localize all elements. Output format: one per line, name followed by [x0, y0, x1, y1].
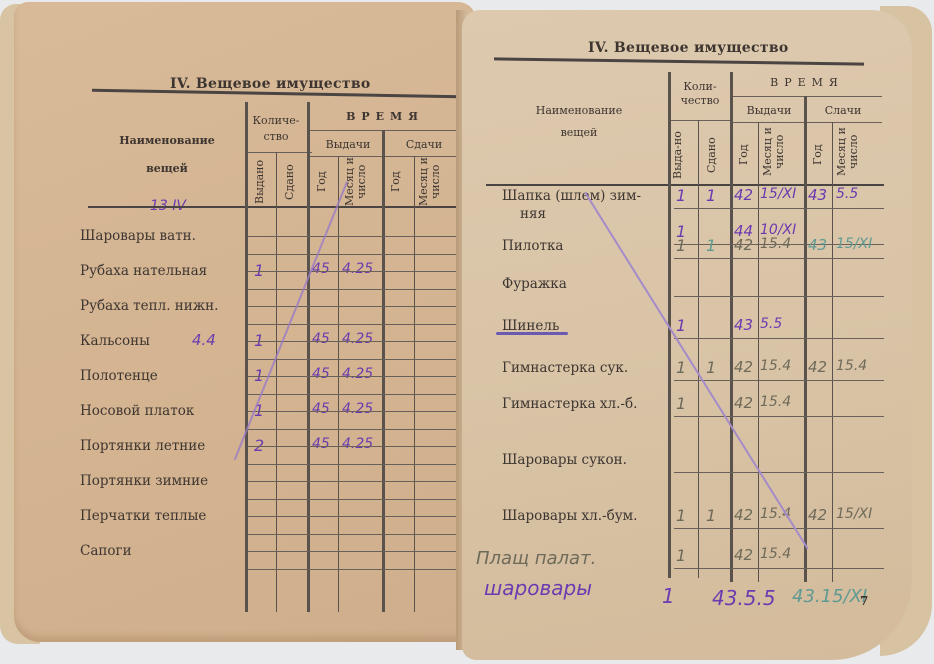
grid-line [758, 122, 759, 582]
cell-return-year: 42 [808, 358, 827, 376]
grid-line [804, 96, 807, 582]
item-name: Рубаха тепл. нижн. [80, 298, 218, 314]
right-page: IV. Вещевое имущество Наименование вещей… [462, 10, 912, 660]
cell-returned: 1 [706, 186, 716, 205]
grid-line [248, 411, 460, 412]
cell-issue-year: 42 [734, 236, 753, 254]
grid-line [732, 122, 882, 123]
left-page: IV. Вещевое имущество Наименование вещей… [14, 2, 476, 642]
grid-line [248, 359, 460, 360]
grid-line [674, 528, 884, 529]
cell-issued: 1 [676, 546, 686, 565]
grid-line [248, 376, 460, 377]
header-time: ВРЕМЯ [732, 76, 882, 89]
grid-line [307, 102, 310, 612]
grid-line [338, 156, 339, 612]
grid-line [248, 481, 460, 482]
cell-issue-date: 15.4 [760, 546, 791, 562]
header-issue: Выдачи [310, 138, 386, 151]
grid-line [248, 464, 460, 465]
header-issue-monthday: Месяц и число [762, 120, 788, 184]
item-name: Шаровары сукон. [502, 452, 627, 468]
item-name: Перчатки теплые [80, 508, 206, 524]
grid-line [310, 156, 460, 157]
header-quantity-line2: ство [246, 130, 306, 143]
cell-issued: 1 [676, 236, 686, 255]
header-quantity-line2: чество [670, 94, 730, 107]
grid-line [674, 416, 884, 417]
header-name-line2: вещей [92, 162, 242, 175]
item-name: Шаровары ватн. [80, 228, 196, 244]
header-returned: Сдано [284, 154, 298, 210]
item-name: Портянки зимние [80, 473, 208, 489]
right-page-title: IV. Вещевое имущество [588, 40, 788, 56]
item-name: Шаровары хл.-бум. [502, 508, 637, 524]
cell-issue-date: 15.4 [760, 358, 791, 374]
page-number: 7 [860, 594, 868, 608]
grid-line [248, 271, 460, 272]
header-bottom-rule [88, 206, 460, 208]
cell-issue-date: 5.5 [760, 316, 782, 332]
cell-issue-date: 4.25 [342, 261, 373, 277]
cell-issue-date: 4.25 [342, 401, 373, 417]
grid-line [248, 341, 460, 342]
cell-issue-year: 45 [312, 401, 330, 417]
cell-issued: 1 [676, 358, 686, 377]
header-returned: Сдано [706, 126, 720, 184]
grid-line [248, 254, 460, 255]
grid-line [248, 429, 460, 430]
header-issued: Выдано [254, 154, 268, 210]
grid-line [248, 551, 460, 552]
item-name: Шапка (шлем) зим- [502, 188, 641, 204]
cell-issue-date: 4.25 [342, 366, 373, 382]
header-issue-year: Год [316, 154, 330, 210]
cell-issue-date: 4.25 [342, 436, 373, 452]
cell-issued: 1 [676, 394, 686, 413]
cell-issue-date: 15/XI [760, 186, 796, 202]
item-name: Носовой платок [80, 403, 194, 419]
grid-line [414, 156, 415, 612]
shinel-underline [496, 332, 568, 335]
grid-line [674, 380, 884, 381]
grid-line [310, 130, 460, 131]
header-issue-year: Год [738, 126, 752, 184]
cell-return-year: 43 [808, 186, 827, 204]
cell-return-date: 15/XI [836, 236, 872, 252]
cell-return-date: 15/XI [836, 506, 872, 522]
header-time: ВРЕМЯ [310, 110, 460, 123]
item-name: Пилотка [502, 238, 563, 254]
cell-issue-year: 42 [734, 394, 753, 412]
item-name: Полотенце [80, 368, 158, 384]
grid-line [674, 208, 884, 209]
cell-issue-year: 42 [734, 186, 753, 204]
cell-issue-date: 15.4 [760, 394, 791, 410]
handwritten-extra-item: шаровары [484, 576, 592, 600]
grid-line [674, 472, 884, 473]
handwritten-extra-issued: 1 [662, 584, 675, 608]
grid-line [674, 338, 884, 339]
cell-issue-date: 4.25 [342, 331, 373, 347]
item-name: Плащ палат. [476, 548, 596, 569]
cell-return-year: 43 [808, 236, 827, 254]
item-name: Сапоги [80, 543, 132, 559]
item-name: Рубаха нательная [80, 263, 207, 279]
grid-line [246, 152, 312, 153]
item-annotation: 4.4 [192, 331, 216, 349]
title-rule [494, 57, 864, 65]
grid-line [248, 394, 460, 395]
cell-issued: 1 [676, 506, 686, 525]
header-return: Сдачи [386, 138, 462, 151]
header-quantity-line1: Коли- [670, 80, 730, 93]
cell-issue-year: 42 [734, 546, 753, 564]
grid-line [832, 122, 833, 582]
cell-issue-year: 45 [312, 436, 330, 452]
grid-line [248, 499, 460, 500]
grid-line [248, 534, 460, 535]
header-issued: Выда-но [672, 126, 696, 184]
item-name: Гимнастерка сук. [502, 360, 628, 376]
cell-returned: 1 [706, 506, 716, 525]
header-return-year: Год [812, 126, 826, 184]
grid-line [276, 152, 277, 612]
cell-returned: 1 [706, 236, 716, 255]
cell-issue-year: 45 [312, 331, 330, 347]
header-return: Слачи [806, 104, 880, 117]
cell-issue-year: 42 [734, 506, 753, 524]
header-name-line1: Наименование [504, 104, 654, 117]
handwritten-extra-issue-date: 43.5.5 [712, 586, 776, 610]
header-issue: Выдачи [732, 104, 806, 117]
header-return-monthday: Месяц и число [418, 152, 444, 212]
grid-line [248, 569, 460, 570]
grid-line [248, 446, 460, 447]
cell-issued: 1 [676, 186, 686, 205]
grid-line [730, 72, 733, 582]
grid-line [245, 102, 248, 612]
grid-line [248, 236, 460, 237]
grid-line [732, 96, 882, 97]
header-return-monthday: Месяц и число [836, 120, 862, 184]
grid-line [248, 289, 460, 290]
grid-line [674, 568, 884, 569]
item-name-cont: няя [520, 206, 546, 222]
handwritten-extra-return-date: 43.15/XI [792, 586, 867, 607]
item-name: Фуражка [502, 276, 567, 292]
cell-return-year: 42 [808, 506, 827, 524]
grid-line [248, 516, 460, 517]
grid-line [674, 296, 884, 297]
grid-line [248, 324, 460, 325]
grid-line [382, 130, 385, 612]
header-name-line1: Наименование [92, 134, 242, 147]
item-name: Кальсоны [80, 333, 150, 349]
cell-return-date: 5.5 [836, 186, 858, 202]
cell-issue-date: 15.4 [760, 236, 791, 252]
cell-issued: 1 [676, 316, 686, 335]
cell-returned: 1 [706, 358, 716, 377]
item-name: Портянки летние [80, 438, 205, 454]
grid-line [248, 306, 460, 307]
item-name: Гимнастерка хл.-б. [502, 396, 637, 412]
cell-issue-year: 45 [312, 366, 330, 382]
cell-return-date: 15.4 [836, 358, 867, 374]
left-page-title: IV. Вещевое имущество [170, 76, 370, 92]
grid-line [674, 258, 884, 259]
grid-line [698, 120, 699, 578]
grid-line [668, 120, 732, 121]
header-name-line2: вещей [504, 126, 654, 139]
header-return-year: Год [390, 154, 404, 210]
header-quantity-line1: Количе- [246, 114, 306, 127]
cell-issue-year: 43 [734, 316, 753, 334]
cell-issue-year: 42 [734, 358, 753, 376]
